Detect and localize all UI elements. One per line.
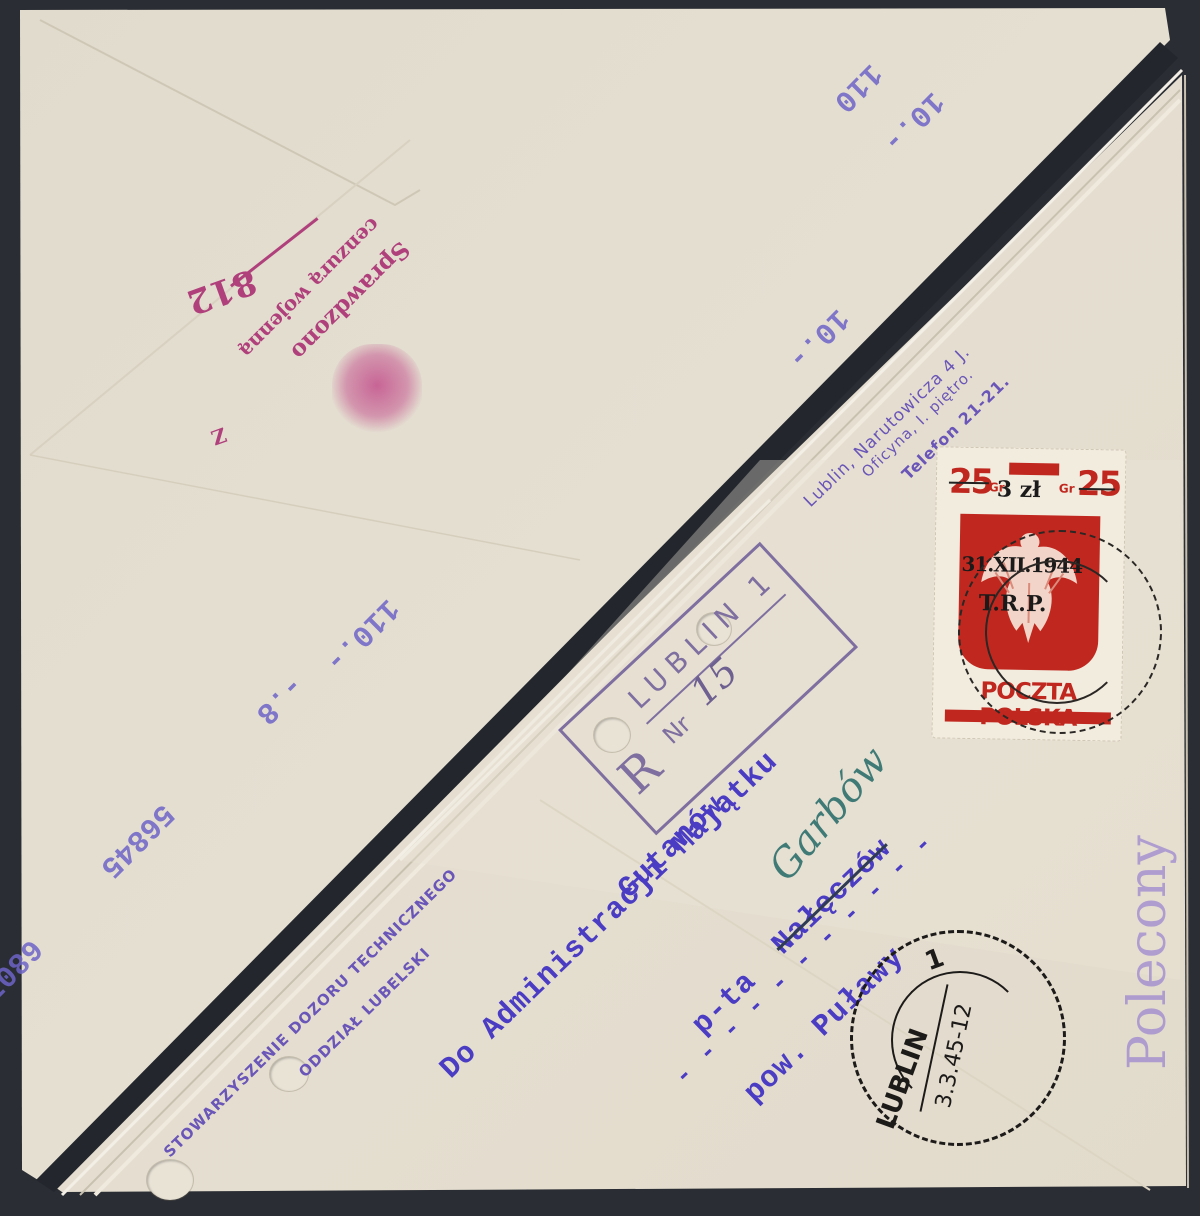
postmark-lublin: LUBLIN 1 3.3.45-12 bbox=[850, 930, 1066, 1146]
eagle-emblem-icon bbox=[332, 344, 422, 436]
postmark-on-stamp-inner bbox=[985, 560, 1129, 704]
stamp-surcharge: 3 zł bbox=[997, 476, 1041, 503]
postmark-office: 1 bbox=[921, 943, 948, 977]
punch-hole bbox=[147, 1160, 193, 1200]
registration-nr-label: Nr bbox=[657, 710, 696, 749]
stamp-value-right: 25 bbox=[1077, 464, 1121, 505]
stamp-unit-right: Gr bbox=[1059, 482, 1075, 496]
registered-marking: Polecony bbox=[1118, 835, 1178, 1070]
